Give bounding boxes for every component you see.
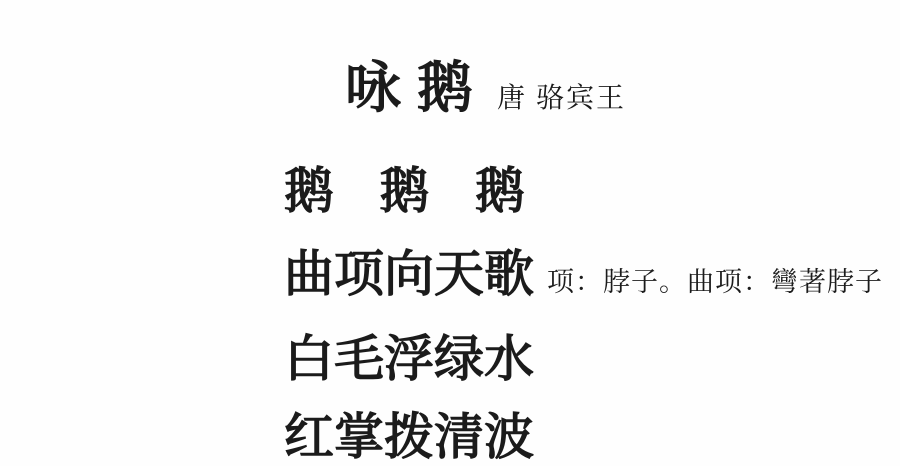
poem-author: 唐 骆宾王 xyxy=(497,85,626,113)
poem-title: 咏 鹅 xyxy=(345,61,474,117)
poem-line-2-annotation: 项：脖子。曲项：彎著脖子 xyxy=(547,269,883,296)
poem-line-2: 曲项向天歌 项：脖子。曲项：彎著脖子 xyxy=(284,249,883,299)
poem-line-1: 鹅 鹅 鹅 xyxy=(284,166,525,216)
poem-line-1-text: 鹅 鹅 鹅 xyxy=(284,166,525,216)
poem-page: 咏 鹅 唐 骆宾王 鹅 鹅 鹅 曲项向天歌 项：脖子。曲项：彎著脖子 白毛浮绿水… xyxy=(0,0,900,466)
poem-title-row: 咏 鹅 唐 骆宾王 xyxy=(345,61,626,117)
poem-line-3-text: 白毛浮绿水 xyxy=(284,334,534,384)
poem-line-2-text: 曲项向天歌 xyxy=(284,249,534,299)
poem-line-3: 白毛浮绿水 xyxy=(284,334,534,384)
poem-line-4-text: 红掌拨清波 xyxy=(284,412,534,462)
poem-line-4: 红掌拨清波 xyxy=(284,412,534,462)
